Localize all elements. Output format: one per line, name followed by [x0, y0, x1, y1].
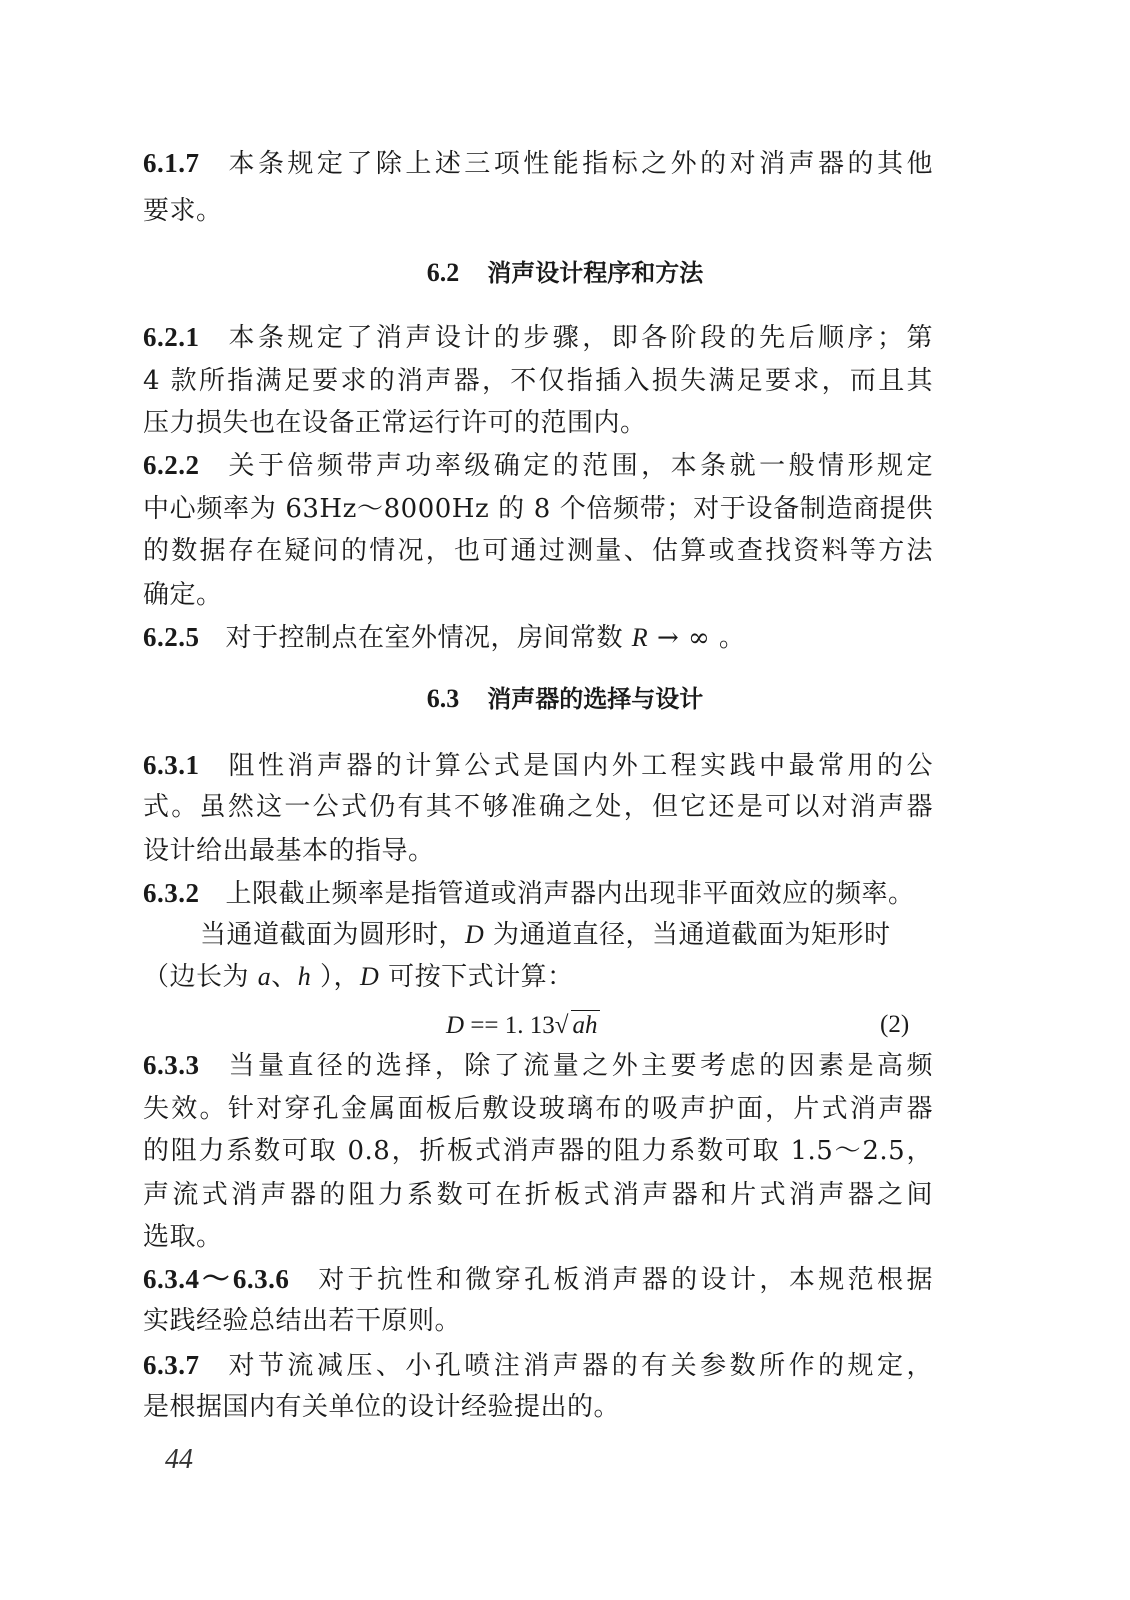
clause-6-2-2-line-2: 中心频率为 63Hz～8000Hz 的 8 个倍频带；对于设备制造商提供	[143, 494, 933, 524]
clause-number: 6.2.1	[143, 322, 200, 352]
clause-text: 当量直径的选择，除了流量之外主要考虑的因素是高频	[226, 1051, 934, 1081]
section-heading-6-3: 6.3消声器的选择与设计	[0, 684, 1130, 714]
clause-text: 上限截止频率是指管道或消声器内出现非平面效应的频率。	[226, 879, 915, 909]
text-fragment: 可按下式计算：	[379, 962, 573, 992]
text-fragment: 为通道直径，当通道截面为矩形时	[484, 920, 890, 950]
clause-number: 6.2.2	[143, 450, 200, 480]
clause-6-3-4-6-line-1: 6.3.4～6.3.6对于抗性和微穿孔板消声器的设计，本规范根据	[143, 1264, 933, 1295]
heading-title: 消声设计程序和方法	[487, 259, 703, 287]
clause-6-3-3-line-5: 选取。	[143, 1222, 933, 1252]
clause-6-2-2-line-3: 的数据存在疑问的情况，也可通过测量、估算或查找资料等方法	[143, 536, 933, 566]
clause-6-3-3-line-2: 失效。针对穿孔金属面板后敷设玻璃布的吸声护面，片式消声器	[143, 1094, 933, 1124]
room-constant-symbol: R	[632, 623, 648, 652]
clause-6-3-2-line-1: 6.3.2上限截止频率是指管道或消声器内出现非平面效应的频率。	[143, 878, 933, 909]
clause-6-2-2-line-4: 确定。	[143, 580, 933, 610]
heading-title: 消声器的选择与设计	[487, 685, 703, 713]
text-fragment: ），	[311, 962, 360, 992]
clause-6-2-1-line-1: 6.2.1本条规定了消声设计的步骤，即各阶段的先后顺序；第	[143, 322, 933, 353]
clause-6-3-7-line-1: 6.3.7对节流减压、小孔喷注消声器的有关参数所作的规定，	[143, 1350, 933, 1381]
sqrt-sign-icon: √	[555, 1012, 569, 1039]
formula-coefficient: == 1. 13	[464, 1012, 555, 1039]
clause-number: 6.1.7	[143, 148, 200, 178]
clause-text: 阻性消声器的计算公式是国内外工程实践中最常用的公	[226, 751, 934, 781]
clause-6-1-7-line-2: 要求。	[143, 196, 933, 226]
clause-number: 6.3.4～6.3.6	[143, 1264, 289, 1294]
clause-6-3-1-line-3: 设计给出最基本的指导。	[143, 836, 933, 866]
side-a-symbol: a	[258, 962, 272, 991]
clause-6-2-1-line-2: 4 款所指满足要求的消声器，不仅指插入损失满足要求，而且其	[143, 366, 933, 396]
clause-6-3-2-line-3: （边长为 a、h ），D 可按下式计算：	[143, 962, 933, 992]
clause-6-3-3-line-3: 的阻力系数可取 0.8，折板式消声器的阻力系数可取 1.5～2.5，	[143, 1136, 933, 1166]
side-h-symbol: h	[298, 962, 312, 991]
clause-number: 6.3.1	[143, 750, 200, 780]
clause-6-3-1-line-2: 式。虽然这一公式仍有其不够准确之处，但它还是可以对消声器	[143, 792, 933, 822]
diameter-symbol: D	[465, 920, 484, 949]
clause-number: 6.3.7	[143, 1350, 200, 1380]
clause-number: 6.3.3	[143, 1050, 200, 1080]
heading-number: 6.3	[427, 684, 460, 713]
page-number: 44	[165, 1444, 193, 1476]
text-fragment: 当通道截面为圆形时，	[200, 920, 465, 950]
section-heading-6-2: 6.2消声设计程序和方法	[0, 258, 1130, 288]
formula-lhs: D	[446, 1012, 464, 1039]
clause-6-2-2-line-1: 6.2.2关于倍频带声功率级确定的范围，本条就一般情形规定	[143, 450, 933, 481]
clause-text: 关于倍频带声功率级确定的范围，本条就一般情形规定	[226, 451, 934, 481]
clause-6-3-2-line-2: 当通道截面为圆形时，D 为通道直径，当通道截面为矩形时	[200, 920, 933, 950]
clause-number: 6.3.2	[143, 878, 200, 908]
clause-text: 本条规定了消声设计的步骤，即各阶段的先后顺序；第	[226, 323, 934, 353]
heading-number: 6.2	[427, 258, 460, 287]
clause-number: 6.2.5	[143, 622, 200, 652]
equation-number: (2)	[880, 1010, 909, 1040]
clause-text: 本条规定了除上述三项性能指标之外的对消声器的其他	[226, 149, 934, 179]
clause-6-2-1-line-3: 压力损失也在设备正常运行许可的范围内。	[143, 408, 933, 438]
infinity-arrow: → ∞ 。	[657, 623, 745, 653]
document-page: 6.1.7本条规定了除上述三项性能指标之外的对消声器的其他 要求。 6.2消声设…	[0, 0, 1130, 1600]
clause-6-3-4-6-line-2: 实践经验总结出若干原则。	[143, 1306, 933, 1336]
clause-6-3-3-line-4: 声流式消声器的阻力系数可在折板式消声器和片式消声器之间	[143, 1180, 933, 1210]
radicand-text: ah	[573, 1012, 598, 1039]
clause-6-2-5: 6.2.5对于控制点在室外情况，房间常数 R → ∞ 。	[143, 622, 933, 653]
text-fragment: （边长为	[143, 962, 258, 992]
formula-radicand: ah	[571, 1010, 600, 1041]
clause-6-1-7-line-1: 6.1.7本条规定了除上述三项性能指标之外的对消声器的其他	[143, 148, 933, 179]
clause-text: 对于控制点在室外情况，房间常数	[226, 623, 624, 653]
separator: 、	[271, 962, 298, 992]
clause-6-3-7-line-2: 是根据国内有关单位的设计经验提出的。	[143, 1392, 933, 1422]
clause-text: 对节流减压、小孔喷注消声器的有关参数所作的规定，	[226, 1351, 934, 1381]
diameter-symbol: D	[360, 962, 379, 991]
clause-text: 对于抗性和微穿孔板消声器的设计，本规范根据	[315, 1265, 933, 1295]
clause-6-3-1-line-1: 6.3.1阻性消声器的计算公式是国内外工程实践中最常用的公	[143, 750, 933, 781]
equation-2: D == 1. 13√ah	[446, 1010, 600, 1041]
clause-6-3-3-line-1: 6.3.3当量直径的选择，除了流量之外主要考虑的因素是高频	[143, 1050, 933, 1081]
